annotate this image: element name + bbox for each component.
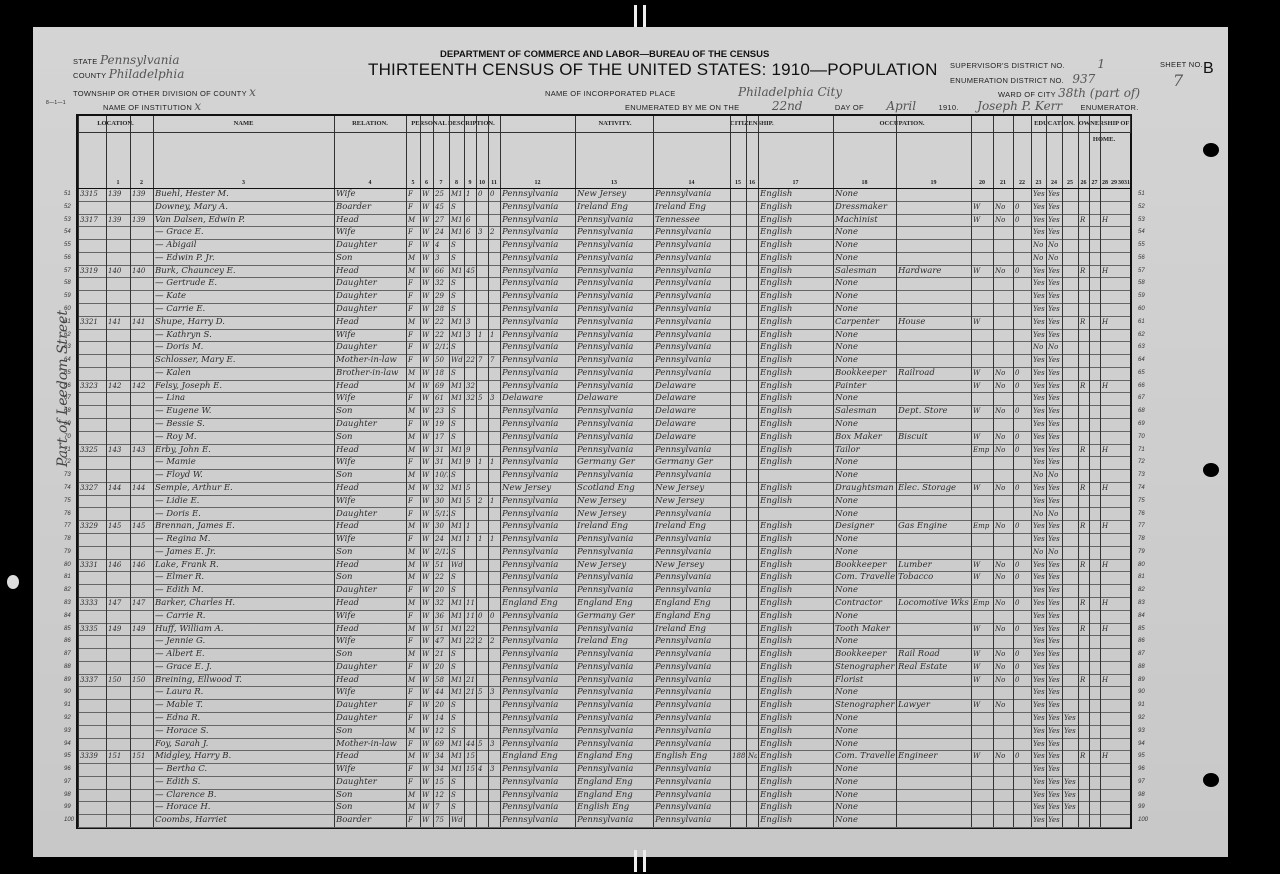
cell-own: R (1080, 444, 1088, 457)
cell-birth: Pennsylvania (502, 699, 574, 712)
cell-years: 11 (466, 610, 475, 623)
cell-birth: Pennsylvania (502, 674, 574, 687)
column-number: 3 (153, 178, 334, 188)
cell-school: Yes (1064, 712, 1077, 725)
cell-relation: Daughter (336, 239, 405, 252)
cell-family: 141 (132, 316, 152, 329)
column-number: 22 (1013, 178, 1031, 188)
cell-trade: None (835, 418, 895, 431)
cell-farm: H (1102, 520, 1129, 533)
ward-value: 38th (part of) (1058, 86, 1140, 100)
cell-trade: Bookkeeper (835, 559, 895, 572)
cell-lang: English (760, 725, 832, 738)
cell-birth: New Jersey (502, 482, 574, 495)
cell-write: Yes (1048, 290, 1061, 303)
cell-industry: House (898, 316, 970, 329)
cell-mother: Pennsylvania (655, 712, 729, 725)
cell-age: 22 (435, 329, 448, 342)
table-row: 3339151151Midgley, Harry B.HeadMW34M115E… (78, 750, 1130, 763)
cell-marital: S (451, 712, 463, 725)
cell-birth: Pennsylvania (502, 738, 574, 751)
cell-birth: Pennsylvania (502, 559, 574, 572)
line-number: 52 (1138, 201, 1145, 214)
cell-trade: None (835, 546, 895, 559)
cell-age: 14 (435, 712, 448, 725)
cell-name: Huff, William A. (155, 623, 333, 636)
column-divider (153, 116, 154, 827)
cell-mother: Pennsylvania (655, 239, 729, 252)
section-header: OWNERSHIP OF HOME. (1078, 116, 1131, 133)
cell-race: W (422, 277, 432, 290)
column-divider (130, 116, 131, 827)
cell-house: 139 (108, 188, 129, 201)
cell-relation: Head (336, 482, 405, 495)
cell-age: 32 (435, 482, 448, 495)
cell-weeks: 0 (1015, 380, 1030, 393)
cell-emp: W (973, 367, 992, 380)
cell-write: Yes (1048, 214, 1061, 227)
cell-read: Yes (1033, 623, 1045, 636)
cell-relation: Son (336, 648, 405, 661)
cell-years: 3 (466, 329, 475, 342)
incorporated-value: Philadelphia City (738, 85, 842, 99)
institution-field: NAME OF INSTITUTION x (103, 99, 201, 113)
cell-relation: Mother-in-law (336, 354, 405, 367)
column-divider (78, 116, 79, 827)
township-field: TOWNSHIP OR OTHER DIVISION OF COUNTY x (73, 85, 256, 99)
line-number: 72 (64, 456, 71, 469)
cell-lang: English (760, 520, 832, 533)
cell-race: W (422, 801, 432, 814)
cell-read: Yes (1033, 316, 1045, 329)
cell-family: 151 (132, 750, 152, 763)
cell-emp: W (973, 380, 992, 393)
column-number: 7 (433, 178, 449, 188)
cell-lang: English (760, 252, 832, 265)
column-divider (1078, 116, 1079, 827)
cell-marital: M1 (451, 495, 463, 508)
table-row: 3335149149Huff, William A.HeadMW51M122Pe… (78, 623, 1130, 636)
cell-name: — Gertrude E. (155, 277, 333, 290)
cell-write: No (1048, 239, 1061, 252)
column-divider (449, 116, 450, 827)
cell-born: 3 (478, 226, 487, 239)
cell-born: 5 (478, 738, 487, 751)
line-number: 59 (64, 290, 71, 303)
cell-out: No (995, 597, 1012, 610)
cell-write: Yes (1048, 329, 1061, 342)
cell-write: Yes (1048, 495, 1061, 508)
line-number: 65 (1138, 367, 1145, 380)
cell-write: Yes (1048, 712, 1061, 725)
cell-years: 21 (466, 686, 475, 699)
cell-relation: Daughter (336, 303, 405, 316)
cell-read: Yes (1033, 482, 1045, 495)
cell-mother: Pennsylvania (655, 252, 729, 265)
line-number: 66 (1138, 380, 1145, 393)
cell-sex: F (408, 508, 419, 521)
cell-marital: M1 (451, 265, 463, 278)
cell-trade: Tooth Maker (835, 623, 895, 636)
cell-name: Schlosser, Mary E. (155, 354, 333, 367)
cell-read: Yes (1033, 354, 1045, 367)
cell-age: 15 (435, 776, 448, 789)
table-row: — Mable T.DaughterFW20SPennsylvaniaPenns… (78, 699, 1130, 712)
line-number: 78 (64, 533, 71, 546)
cell-age: 69 (435, 380, 448, 393)
cell-family: 150 (132, 674, 152, 687)
cell-race: W (422, 686, 432, 699)
cell-weeks: 0 (1015, 444, 1030, 457)
cell-age: 45 (435, 201, 448, 214)
cell-lang: English (760, 201, 832, 214)
cell-trade: Com. Traveller (835, 571, 895, 584)
cell-mother: Pennsylvania (655, 444, 729, 457)
cell-lang: English (760, 559, 832, 572)
cell-write: Yes (1048, 814, 1061, 827)
cell-relation: Daughter (336, 418, 405, 431)
cell-name: — Mable T. (155, 699, 333, 712)
cell-lang: English (760, 571, 832, 584)
cell-name: — Carrie R. (155, 610, 333, 623)
cell-birth: Pennsylvania (502, 648, 574, 661)
cell-years: 1 (466, 188, 475, 201)
cell-age: 12 (435, 789, 448, 802)
cell-mother: Pennsylvania (655, 674, 729, 687)
cell-age: 32 (435, 277, 448, 290)
cell-marital: M1 (451, 380, 463, 393)
table-row: — Carrie E.DaughterFW28SPennsylvaniaPenn… (78, 303, 1130, 316)
column-divider (833, 116, 834, 827)
cell-lang: English (760, 763, 832, 776)
cell-birth: Pennsylvania (502, 405, 574, 418)
cell-sex: M (408, 648, 419, 661)
cell-write: Yes (1048, 597, 1061, 610)
table-row: — Carrie R.WifeFW36M11100PennsylvaniaGer… (78, 610, 1130, 623)
cell-farm: H (1102, 674, 1129, 687)
cell-naturalized: Na (748, 750, 757, 763)
table-row: 3323142142Felsy, Joseph E.HeadMW69M132Pe… (78, 380, 1130, 393)
cell-relation: Son (336, 789, 405, 802)
cell-marital: M1 (451, 520, 463, 533)
cell-weeks: 0 (1015, 571, 1030, 584)
header-divider (78, 188, 1130, 189)
line-number: 68 (64, 405, 71, 418)
table-row: 3337150150Breining, Ellwood T.HeadMW58M1… (78, 674, 1130, 687)
cell-trade: None (835, 738, 895, 751)
cell-father: New Jersey (577, 495, 652, 508)
cell-family: 142 (132, 380, 152, 393)
cell-name: — Eugene W. (155, 405, 333, 418)
cell-name: — Carrie E. (155, 303, 333, 316)
cell-living: 0 (490, 188, 499, 201)
cell-marital: S (451, 277, 463, 290)
cell-relation: Son (336, 546, 405, 559)
cell-sex: F (408, 188, 419, 201)
cell-relation: Son (336, 469, 405, 482)
enumerator-name: Joseph P. Kerr (977, 99, 1062, 113)
cell-father: Germany Ger (577, 456, 652, 469)
cell-birth: Pennsylvania (502, 303, 574, 316)
line-number: 77 (64, 520, 71, 533)
cell-race: W (422, 776, 432, 789)
cell-relation: Head (336, 380, 405, 393)
cell-industry: Locomotive Wks (898, 597, 970, 610)
cell-read: Yes (1033, 265, 1045, 278)
cell-sex: M (408, 469, 419, 482)
cell-write: Yes (1048, 303, 1061, 316)
cell-weeks: 0 (1015, 431, 1030, 444)
cell-sex: F (408, 610, 419, 623)
binding-hole (1203, 143, 1219, 157)
cell-write: Yes (1048, 265, 1061, 278)
cell-lang: English (760, 482, 832, 495)
cell-marital: S (451, 405, 463, 418)
cell-relation: Wife (336, 456, 405, 469)
cell-trade: Designer (835, 520, 895, 533)
line-number: 65 (64, 367, 71, 380)
cell-own: R (1080, 482, 1088, 495)
cell-father: England Eng (577, 597, 652, 610)
line-number: 83 (1138, 597, 1145, 610)
cell-lang: English (760, 623, 832, 636)
line-number: 94 (64, 738, 71, 751)
cell-lang: English (760, 699, 832, 712)
cell-mother: Tennessee (655, 214, 729, 227)
cell-father: Pennsylvania (577, 380, 652, 393)
table-row: — Doris M.DaughterFW2/12SPennsylvaniaPen… (78, 341, 1130, 354)
cell-weeks: 0 (1015, 648, 1030, 661)
cell-write: Yes (1048, 801, 1061, 814)
cell-write: Yes (1048, 367, 1061, 380)
cell-marital: S (451, 776, 463, 789)
cell-emp: W (973, 214, 992, 227)
cell-trade: Box Maker (835, 431, 895, 444)
cell-lang: English (760, 648, 832, 661)
row-divider (78, 827, 1130, 828)
cell-sex: M (408, 405, 419, 418)
cell-marital: M1 (451, 750, 463, 763)
column-number: 14 (653, 178, 730, 188)
cell-farm: H (1102, 214, 1129, 227)
cell-lang: English (760, 277, 832, 290)
institution-label: NAME OF INSTITUTION (103, 103, 192, 112)
cell-sex: F (408, 341, 419, 354)
column-divider (993, 116, 994, 827)
cell-age: 18 (435, 367, 448, 380)
cell-sex: F (408, 495, 419, 508)
cell-mother: Pennsylvania (655, 546, 729, 559)
cell-write: No (1048, 341, 1061, 354)
cell-sex: M (408, 725, 419, 738)
cell-birth: Pennsylvania (502, 801, 574, 814)
table-row: Schlosser, Mary E.Mother-in-lawFW50Wd227… (78, 354, 1130, 367)
cell-age: 5/12 (435, 508, 448, 521)
cell-name: — Grace E. J. (155, 661, 333, 674)
line-number: 68 (1138, 405, 1145, 418)
cell-sex: F (408, 418, 419, 431)
cell-age: 22 (435, 316, 448, 329)
line-number: 79 (64, 546, 71, 559)
line-number: 96 (1138, 763, 1145, 776)
cell-relation: Wife (336, 329, 405, 342)
cell-out: No (995, 520, 1012, 533)
line-number: 74 (64, 482, 71, 495)
form-title: THIRTEENTH CENSUS OF THE UNITED STATES: … (368, 60, 938, 80)
line-number: 80 (64, 559, 71, 572)
column-number: 9 (464, 178, 476, 188)
cell-trade: None (835, 495, 895, 508)
cell-relation: Wife (336, 533, 405, 546)
cell-race: W (422, 610, 432, 623)
cell-name: — Edna R. (155, 712, 333, 725)
cell-mother: Pennsylvania (655, 686, 729, 699)
cell-name: — Jennie G. (155, 635, 333, 648)
cell-write: Yes (1048, 789, 1061, 802)
line-number: 56 (64, 252, 71, 265)
section-header: EDUCATION. (1031, 116, 1079, 133)
cell-lang: English (760, 290, 832, 303)
line-number: 74 (1138, 482, 1145, 495)
cell-race: W (422, 712, 432, 725)
cell-birth: Pennsylvania (502, 763, 574, 776)
cell-write: Yes (1048, 699, 1061, 712)
cell-living: 1 (490, 495, 499, 508)
cell-birth: Pennsylvania (502, 444, 574, 457)
cell-race: W (422, 546, 432, 559)
cell-born: 0 (478, 188, 487, 201)
cell-father: Pennsylvania (577, 648, 652, 661)
cell-family: 149 (132, 623, 152, 636)
cell-read: No (1033, 508, 1045, 521)
cell-own: R (1080, 380, 1088, 393)
cell-birth: Pennsylvania (502, 265, 574, 278)
enumerator-label: ENUMERATOR. (1081, 103, 1139, 112)
cell-birth: Pennsylvania (502, 712, 574, 725)
column-number: 12 (500, 178, 575, 188)
cell-house: 139 (108, 214, 129, 227)
cell-birth: Pennsylvania (502, 495, 574, 508)
cell-race: W (422, 418, 432, 431)
cell-age: 44 (435, 686, 448, 699)
cell-own: R (1080, 750, 1088, 763)
cell-birth: Pennsylvania (502, 623, 574, 636)
cell-birth: Pennsylvania (502, 584, 574, 597)
cell-weeks: 0 (1015, 214, 1030, 227)
cell-farm: H (1102, 380, 1129, 393)
table-row: — Albert E.SonMW21SPennsylvaniaPennsylva… (78, 648, 1130, 661)
cell-father: Ireland Eng (577, 520, 652, 533)
state-field: STATE Pennsylvania (73, 53, 179, 67)
cell-sex: M (408, 623, 419, 636)
cell-mother: Pennsylvania (655, 469, 729, 482)
cell-born: 2 (478, 495, 487, 508)
column-number: 16 (746, 178, 758, 188)
cell-trade: Contractor (835, 597, 895, 610)
table-row: — KalenBrother-in-lawMW18SPennsylvaniaPe… (78, 367, 1130, 380)
cell-years: 32 (466, 380, 475, 393)
table-row: — James E. Jr.SonMW2/12SPennsylvaniaPenn… (78, 546, 1130, 559)
cell-age: 20 (435, 699, 448, 712)
cell-write: Yes (1048, 201, 1061, 214)
line-number: 62 (1138, 329, 1145, 342)
column-divider (1100, 116, 1101, 827)
cell-street: 3331 (80, 559, 105, 572)
frame-mark (634, 850, 637, 872)
cell-read: Yes (1033, 380, 1045, 393)
cell-age: 34 (435, 763, 448, 776)
cell-birth: Pennsylvania (502, 214, 574, 227)
cell-sex: F (408, 699, 419, 712)
section-header: OCCUPATION. (833, 116, 972, 133)
line-number: 85 (1138, 623, 1145, 636)
cell-trade: Painter (835, 380, 895, 393)
column-number: 11 (488, 178, 500, 188)
cell-name: Shupe, Harry D. (155, 316, 333, 329)
enumeration-date-field: ENUMERATED BY ME ON THE 22nd DAY OF Apri… (625, 99, 1139, 113)
cell-father: England Eng (577, 750, 652, 763)
cell-sex: M (408, 801, 419, 814)
cell-emp: W (973, 750, 992, 763)
cell-age: 25 (435, 188, 448, 201)
cell-sex: F (408, 290, 419, 303)
table-row: 3327144144Semple, Arthur E.HeadMW32M15Ne… (78, 482, 1130, 495)
table-row: — MamieWifeFW31M1911PennsylvaniaGermany … (78, 456, 1130, 469)
line-number: 61 (64, 316, 71, 329)
column-divider (464, 116, 465, 827)
cell-name: — Kathryn S. (155, 329, 333, 342)
cell-age: 30 (435, 520, 448, 533)
cell-father: Ireland Eng (577, 201, 652, 214)
cell-mother: Pennsylvania (655, 789, 729, 802)
table-row: Coombs, HarrietBoarderFW75WdPennsylvania… (78, 814, 1130, 827)
cell-birth: Pennsylvania (502, 316, 574, 329)
cell-write: Yes (1048, 380, 1061, 393)
line-number: 70 (64, 431, 71, 444)
cell-mother: Pennsylvania (655, 725, 729, 738)
cell-name: Coombs, Harriet (155, 814, 333, 827)
cell-race: W (422, 392, 432, 405)
cell-trade: Stenographer (835, 699, 895, 712)
cell-born: 4 (478, 763, 487, 776)
cell-trade: None (835, 469, 895, 482)
cell-name: — Doris M. (155, 341, 333, 354)
line-number: 95 (1138, 750, 1145, 763)
cell-trade: Machinist (835, 214, 895, 227)
line-number: 87 (64, 648, 71, 661)
cell-emp: W (973, 661, 992, 674)
column-divider (500, 116, 501, 827)
cell-relation: Son (336, 252, 405, 265)
line-number: 95 (64, 750, 71, 763)
line-number: 67 (1138, 392, 1145, 405)
cell-father: Pennsylvania (577, 265, 652, 278)
cell-read: No (1033, 239, 1045, 252)
line-number: 69 (1138, 418, 1145, 431)
cell-read: Yes (1033, 750, 1045, 763)
cell-street: 3339 (80, 750, 105, 763)
cell-sex: F (408, 392, 419, 405)
cell-lang: English (760, 226, 832, 239)
cell-emp: W (973, 431, 992, 444)
line-number: 66 (64, 380, 71, 393)
cell-mother: Pennsylvania (655, 290, 729, 303)
cell-industry: Elec. Storage (898, 482, 970, 495)
cell-mother: Pennsylvania (655, 661, 729, 674)
line-number: 64 (1138, 354, 1145, 367)
cell-read: Yes (1033, 188, 1045, 201)
line-number: 93 (64, 725, 71, 738)
